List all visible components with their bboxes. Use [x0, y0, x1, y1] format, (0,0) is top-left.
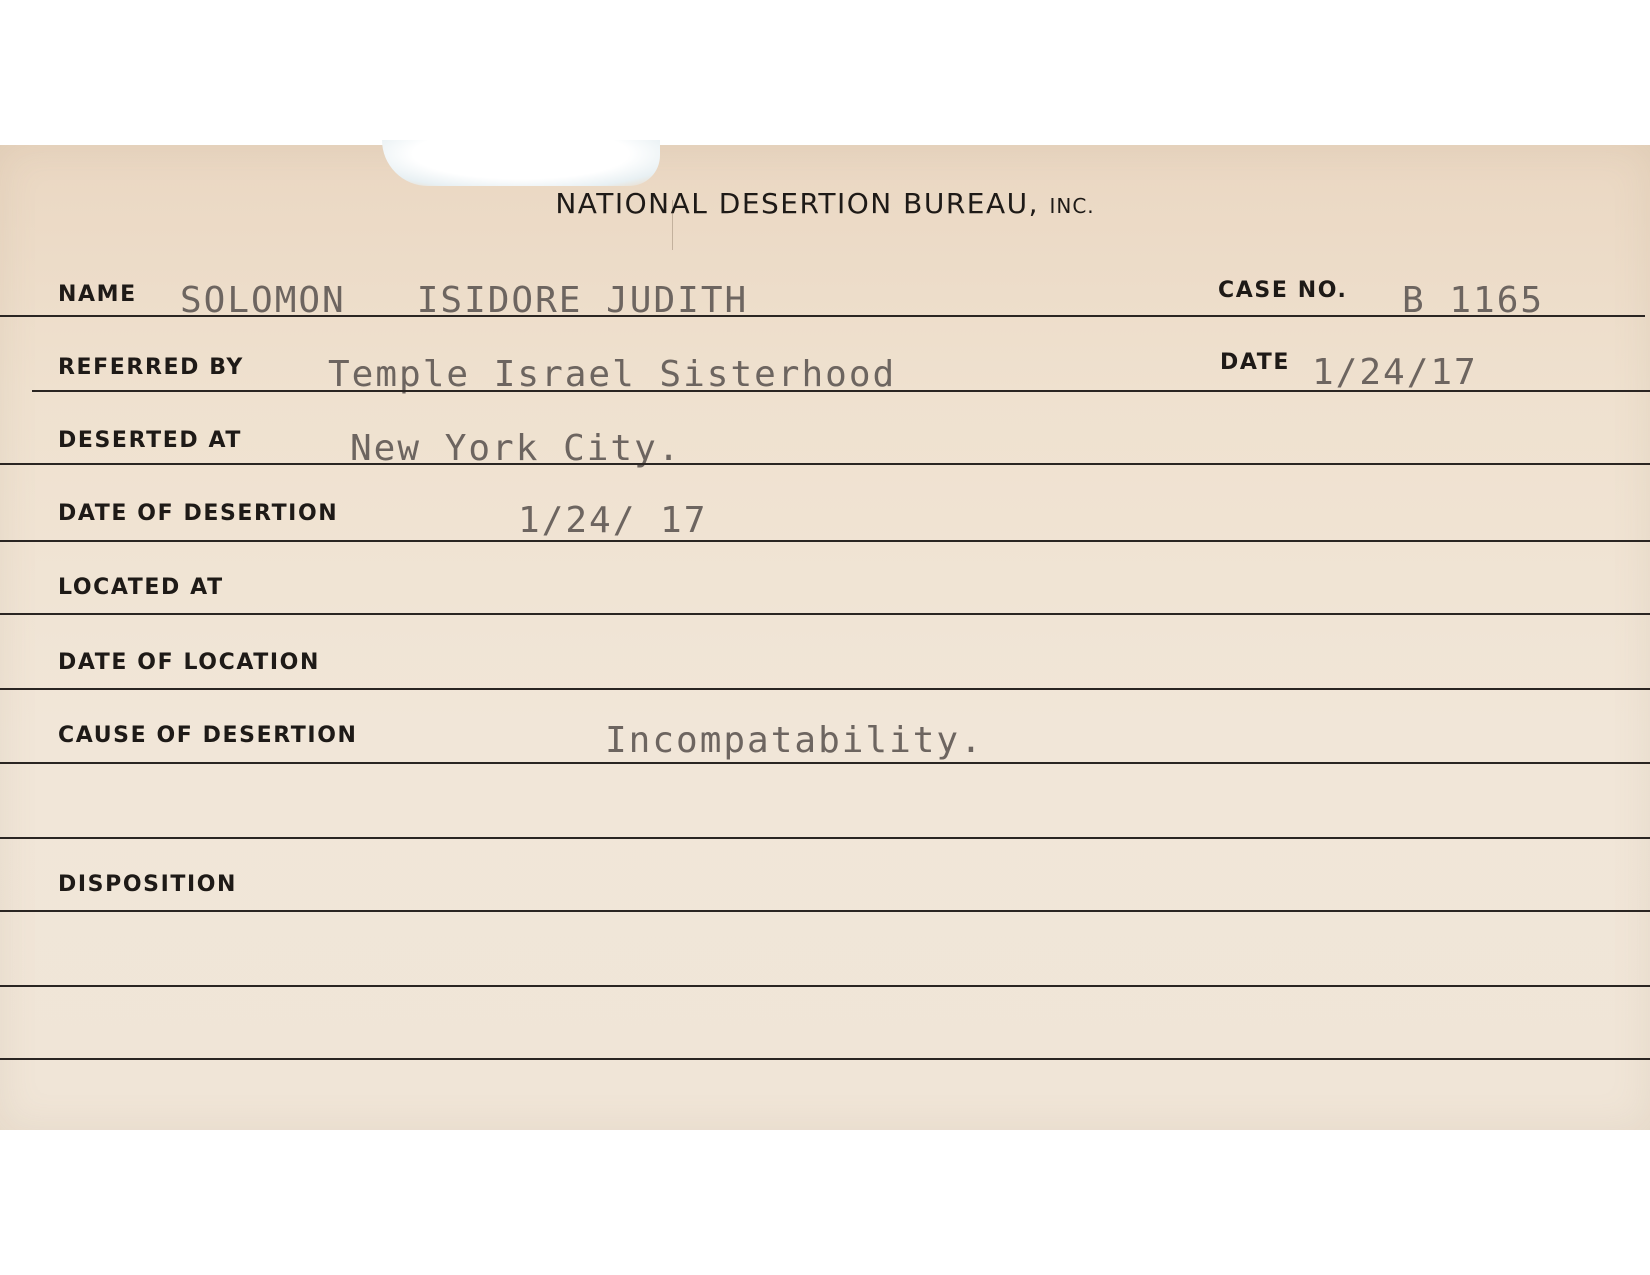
name-label: NAME [58, 282, 137, 307]
rule-name [0, 315, 1645, 317]
rule-disposition [0, 910, 1650, 912]
rule-located-at [0, 613, 1650, 615]
rule-blank-1 [0, 837, 1650, 839]
date-of-desertion-label: DATE OF DESERTION [58, 501, 338, 526]
referred-by-value: Temple Israel Sisterhood [328, 354, 896, 395]
located-at-label: LOCATED AT [58, 575, 224, 600]
card-notch [382, 140, 660, 186]
rule-cause-of-desertion [0, 762, 1650, 764]
title-suffix: INC. [1049, 194, 1094, 218]
date-label: DATE [1220, 350, 1290, 375]
rule-date-of-desertion [0, 540, 1650, 542]
rule-blank-3 [0, 1058, 1650, 1060]
cause-of-desertion-label: CAUSE OF DESERTION [58, 723, 358, 748]
date-of-location-label: DATE OF LOCATION [58, 650, 320, 675]
rule-date-of-location [0, 688, 1650, 690]
date-of-desertion-value: 1/24/ 17 [518, 500, 707, 541]
disposition-label: DISPOSITION [58, 872, 237, 897]
rule-blank-2 [0, 985, 1650, 987]
deserted-at-label: DESERTED AT [58, 428, 242, 453]
card-title: NATIONAL DESERTION BUREAU, INC. [0, 187, 1650, 220]
rule-deserted-at [0, 463, 1650, 465]
cause-of-desertion-value: Incompatability. [605, 720, 984, 761]
case-no-label: CASE NO. [1218, 278, 1348, 303]
title-text: NATIONAL DESERTION BUREAU, [555, 187, 1039, 220]
referred-by-label: REFERRED BY [58, 355, 244, 380]
rule-referred-by [32, 390, 1650, 392]
date-value: 1/24/17 [1312, 352, 1478, 393]
